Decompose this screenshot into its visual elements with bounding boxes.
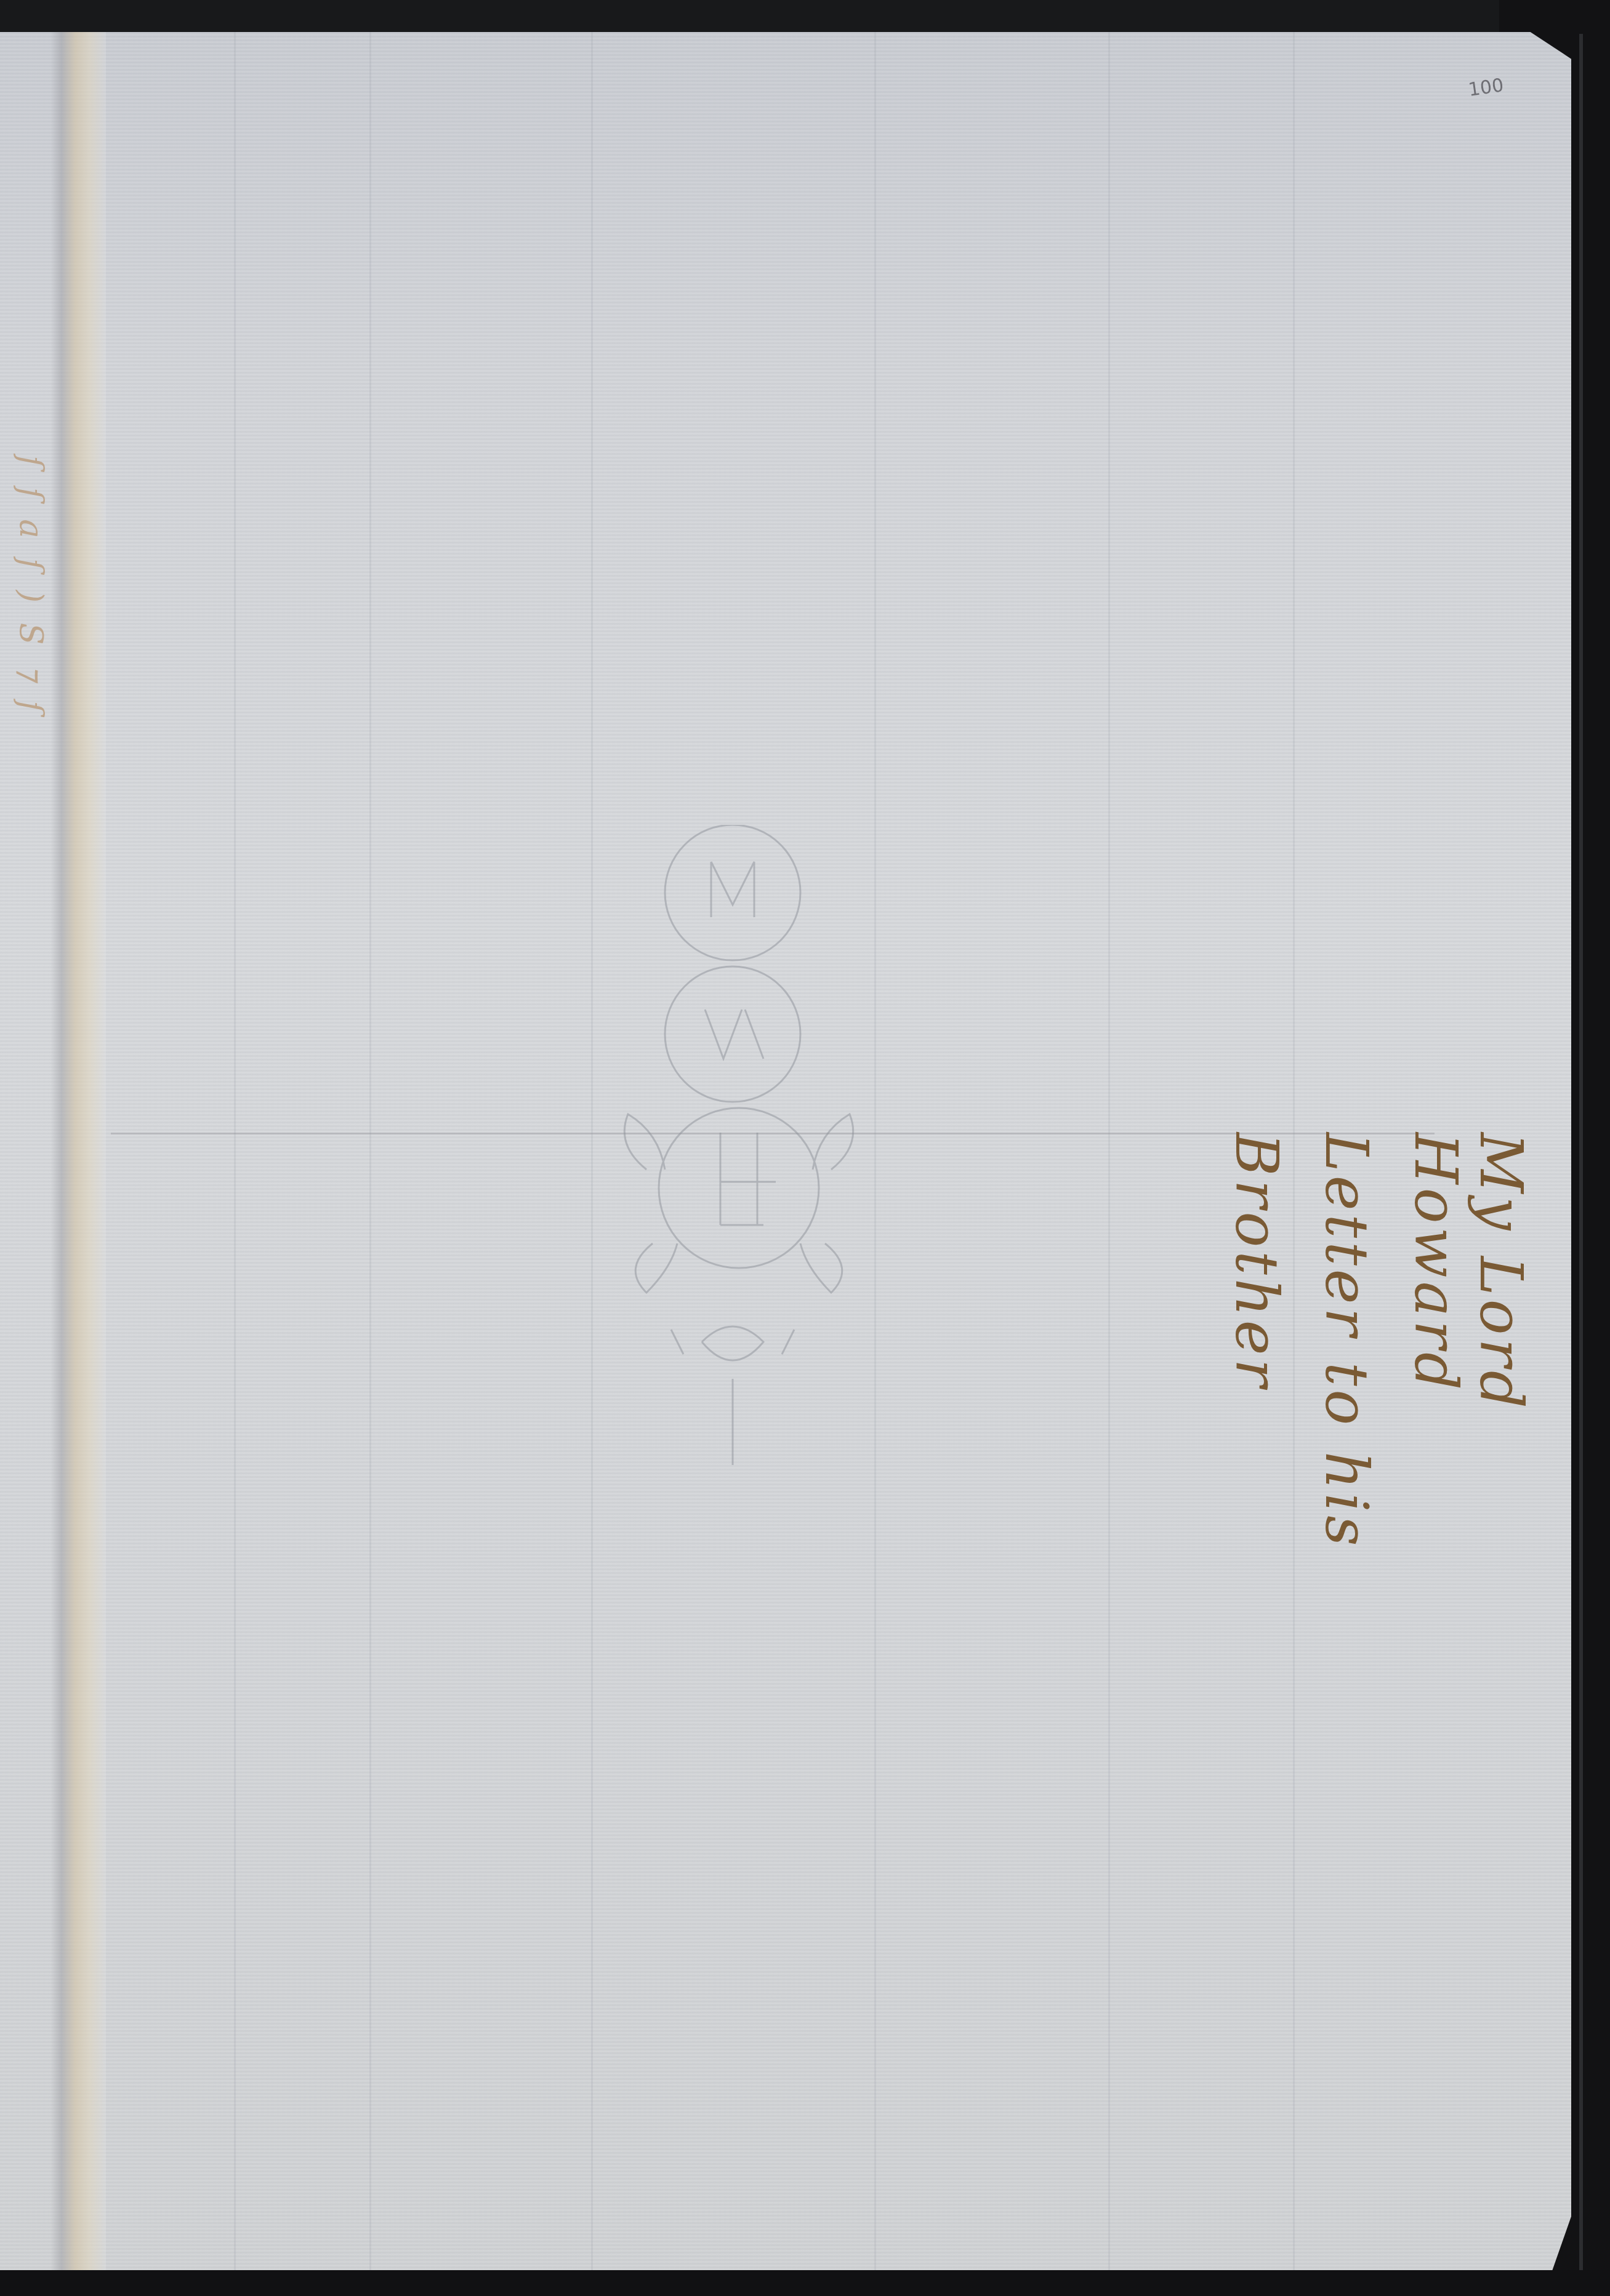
scan-frame-edge	[1579, 34, 1583, 2296]
chain-line	[234, 32, 236, 2270]
chain-line	[1108, 32, 1110, 2270]
endorsement-inscription: My Lord Howard Letter to his Brother	[1151, 1133, 1533, 1674]
scan-frame-bottom	[0, 2270, 1610, 2296]
binding-gutter	[50, 32, 106, 2270]
inscription-line: Letter to his	[1313, 1133, 1379, 1674]
chain-line	[369, 32, 371, 2270]
bleed-through-text: ſ ſ a ſ ) S ⁊ ſ	[0, 456, 49, 886]
scan-frame-top	[0, 0, 1610, 32]
watermark-icon	[579, 825, 887, 1477]
inscription-line: My Lord Howard	[1403, 1133, 1533, 1674]
inscription-line: Brother	[1224, 1133, 1289, 1674]
